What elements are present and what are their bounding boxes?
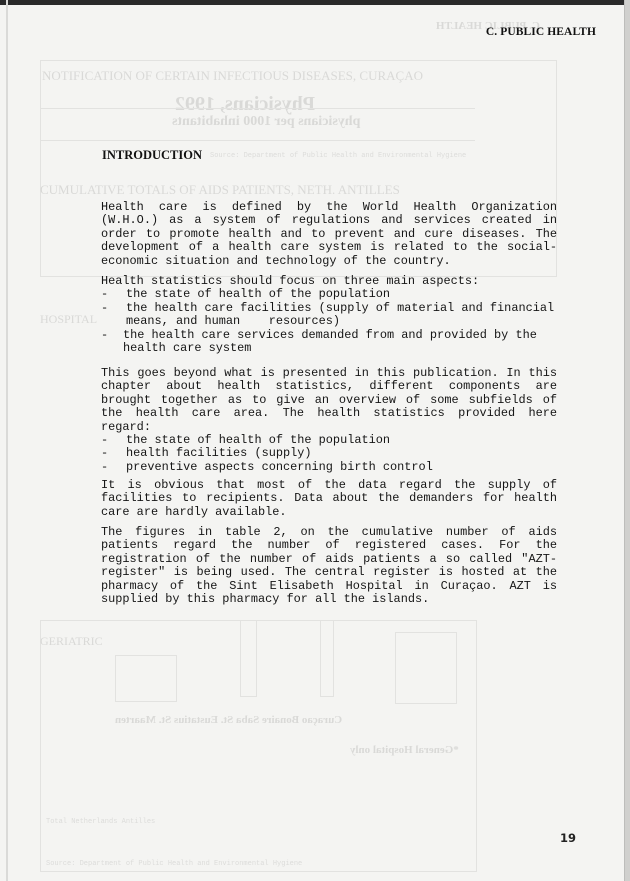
list-item: -preventive aspects concerning birth con…	[101, 461, 557, 474]
ghost-bar	[320, 620, 334, 697]
scan-top-edge	[0, 0, 630, 5]
paragraph-text: Health care is defined by the World Heal…	[101, 201, 557, 268]
aspects-list: -the state of health of the population -…	[101, 288, 557, 355]
dash-marker: -	[101, 447, 108, 460]
scope-list: -the state of health of the population -…	[101, 434, 557, 474]
ghost-chart-categories: Curaçao Bonaire Saba St. Eustatius St. M…	[115, 714, 342, 726]
list-item: -the health care services demanded from …	[101, 329, 557, 356]
ghost-section4: GERIATRIC	[40, 634, 103, 649]
list-item: -the health care facilities (supply of m…	[101, 302, 557, 329]
ghost-section3: HOSPITAL	[40, 312, 97, 327]
dash-marker: -	[101, 302, 108, 315]
ghost-title1: NOTIFICATION OF CERTAIN INFECTIOUS DISEA…	[42, 68, 423, 84]
paragraph-text: The figures in table 2, on the cumulativ…	[101, 526, 557, 606]
paragraph-text: This goes beyond what is presented in th…	[101, 367, 557, 434]
list-item: -the state of health of the population	[101, 288, 557, 301]
paragraph-text: Health statistics should focus on three …	[101, 275, 557, 288]
paragraph-scope: This goes beyond what is presented in th…	[101, 367, 557, 474]
paragraph-definition: Health care is defined by the World Heal…	[101, 201, 557, 268]
paragraph-supply: It is obvious that most of the data rega…	[101, 479, 557, 519]
ghost-bar	[115, 655, 177, 702]
list-item: -health facilities (supply)	[101, 447, 557, 460]
list-item: -the state of health of the population	[101, 434, 557, 447]
paragraph-aids: The figures in table 2, on the cumulativ…	[101, 526, 557, 606]
paragraph-aspects: Health statistics should focus on three …	[101, 275, 557, 355]
scan-right-edge	[624, 0, 630, 881]
dash-marker: -	[101, 329, 108, 342]
ghost-chart-subtitle: physicians per 1000 inhabitants	[172, 114, 360, 130]
ghost-rule	[40, 140, 475, 141]
scan-left-edge	[6, 0, 8, 881]
ghost-bar	[395, 632, 457, 704]
dash-marker: -	[101, 461, 108, 474]
ghost-source: Source: Department of Public Health and …	[210, 152, 466, 160]
running-head: C. PUBLIC HEALTH	[486, 26, 596, 38]
ghost-bar	[240, 620, 257, 697]
ghost-total: Total Netherlands Antilles	[46, 818, 155, 826]
ghost-chart-title: Physicians, 1992	[175, 93, 315, 116]
section-title: INTRODUCTION	[102, 148, 202, 163]
ghost-title2: CUMULATIVE TOTALS OF AIDS PATIENTS, NETH…	[40, 182, 400, 198]
dash-marker: -	[101, 434, 108, 447]
ghost-source: Source: Department of Public Health and …	[46, 860, 302, 868]
ghost-chart-note: *General Hospital only	[350, 744, 459, 756]
paragraph-text: It is obvious that most of the data rega…	[101, 479, 557, 519]
ghost-rule	[40, 108, 475, 109]
dash-marker: -	[101, 288, 108, 301]
page-number: 19	[560, 831, 576, 845]
